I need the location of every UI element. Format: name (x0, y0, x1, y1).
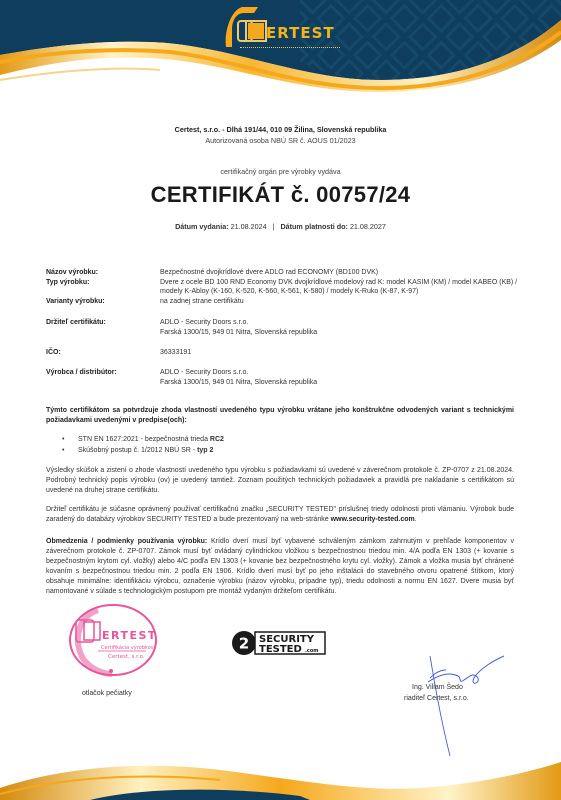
holder-address: Farská 1300/15, 949 01 Nitra, Slovenská … (160, 328, 520, 338)
restrictions-label: Obmedzenia / podmienky používania výrobk… (46, 538, 207, 545)
security-tested-link[interactable]: www.security-tested.com (331, 516, 415, 523)
ico-label: IČO: (46, 348, 61, 358)
product-variants-value: na zadnej strane certifikátu (160, 297, 520, 307)
company-stamp: ERTEST Certifikácia výrobkov Certest, s.… (68, 602, 158, 678)
product-name-value: Bezpečnostné dvojkrídlové dvere ADLO rad… (160, 268, 520, 278)
product-type-value: Dvere z ocele BD 100 RND Economy DVK dvo… (160, 278, 520, 297)
logo-underline (240, 47, 340, 48)
results-paragraph: Výsledky skúšok a zistení o zhode vlastn… (46, 466, 514, 496)
issues-line: certifikačný orgán pre výrobky vydáva (0, 167, 561, 176)
standard-item: •STN EN 1627:2021 - bezpečnostná trieda … (62, 435, 224, 446)
issue-date: 21.08.2024 (231, 222, 267, 231)
restrictions-paragraph: Obmedzenia / podmienky používania výrobk… (46, 537, 514, 597)
stamp-line2: Certest, s.r.o. (108, 654, 145, 660)
product-type-label: Typ výrobku: (46, 278, 89, 288)
stamp-brand: ERTEST (102, 629, 157, 642)
logo-text: ERTEST (266, 24, 335, 42)
badge-tested: TESTED (259, 644, 302, 655)
security-class: RC2 (210, 436, 224, 443)
conformity-statement: Týmto certifikátom sa potvrdzuje zhoda v… (46, 406, 514, 426)
certest-logo: ERTEST (224, 7, 344, 49)
stamp-caption: otlačok pečiatky (82, 690, 132, 697)
badge-suffix: .com (305, 648, 319, 654)
holder-name: ADLO - Security Doors s.r.o. (160, 318, 520, 328)
manufacturer-label: Výrobca / distribútor: (46, 368, 117, 378)
product-name-label: Názov výrobku: (46, 268, 98, 278)
certest-c-icon (224, 7, 272, 49)
valid-until-label: Dátum platnosti do: (280, 222, 347, 231)
standards-list: •STN EN 1627:2021 - bezpečnostná trieda … (62, 435, 224, 456)
date-separator: | (273, 222, 275, 231)
certificate-dates: Dátum vydania: 21.08.2024 | Dátum platno… (0, 222, 561, 231)
mark-paragraph: Držiteľ certifikátu je súčasne oprávnený… (46, 505, 514, 525)
valid-until-date: 21.08.2027 (350, 222, 386, 231)
issue-date-label: Dátum vydania: (175, 222, 229, 231)
signer-role: riaditeľ Certest, s.r.o. (404, 694, 469, 704)
manufacturer-address: Farská 1300/15, 949 01 Nitra, Slovenská … (160, 378, 520, 388)
stamp-line1: Certifikácia výrobkov (101, 644, 154, 651)
test-type: typ 2 (197, 447, 213, 454)
holder-label: Držiteľ certifikátu: (46, 318, 106, 328)
standard-item: •Skúšobný postup č. 1/2012 NBÚ SR - typ … (62, 446, 224, 457)
issuer-address: Certest, s.r.o. - Dlhá 191/44, 010 09 Ži… (0, 125, 561, 134)
security-tested-badge: 2 SECURITY TESTED .com (232, 629, 328, 657)
manufacturer-name: ADLO - Security Doors s.r.o. (160, 368, 520, 378)
security-class-number: 2 (239, 635, 249, 653)
authorized-body: Autorizovaná osoba NBÚ SR č. AOUS 01/202… (0, 136, 561, 145)
ico-value: 36333191 (160, 348, 520, 358)
footer-banner (0, 760, 561, 800)
product-variants-label: Varianty výrobku: (46, 297, 105, 307)
certificate-title: CERTIFIKÁT č. 00757/24 (0, 182, 561, 208)
signer-name: Ing. Viliam Šedo (412, 683, 463, 693)
